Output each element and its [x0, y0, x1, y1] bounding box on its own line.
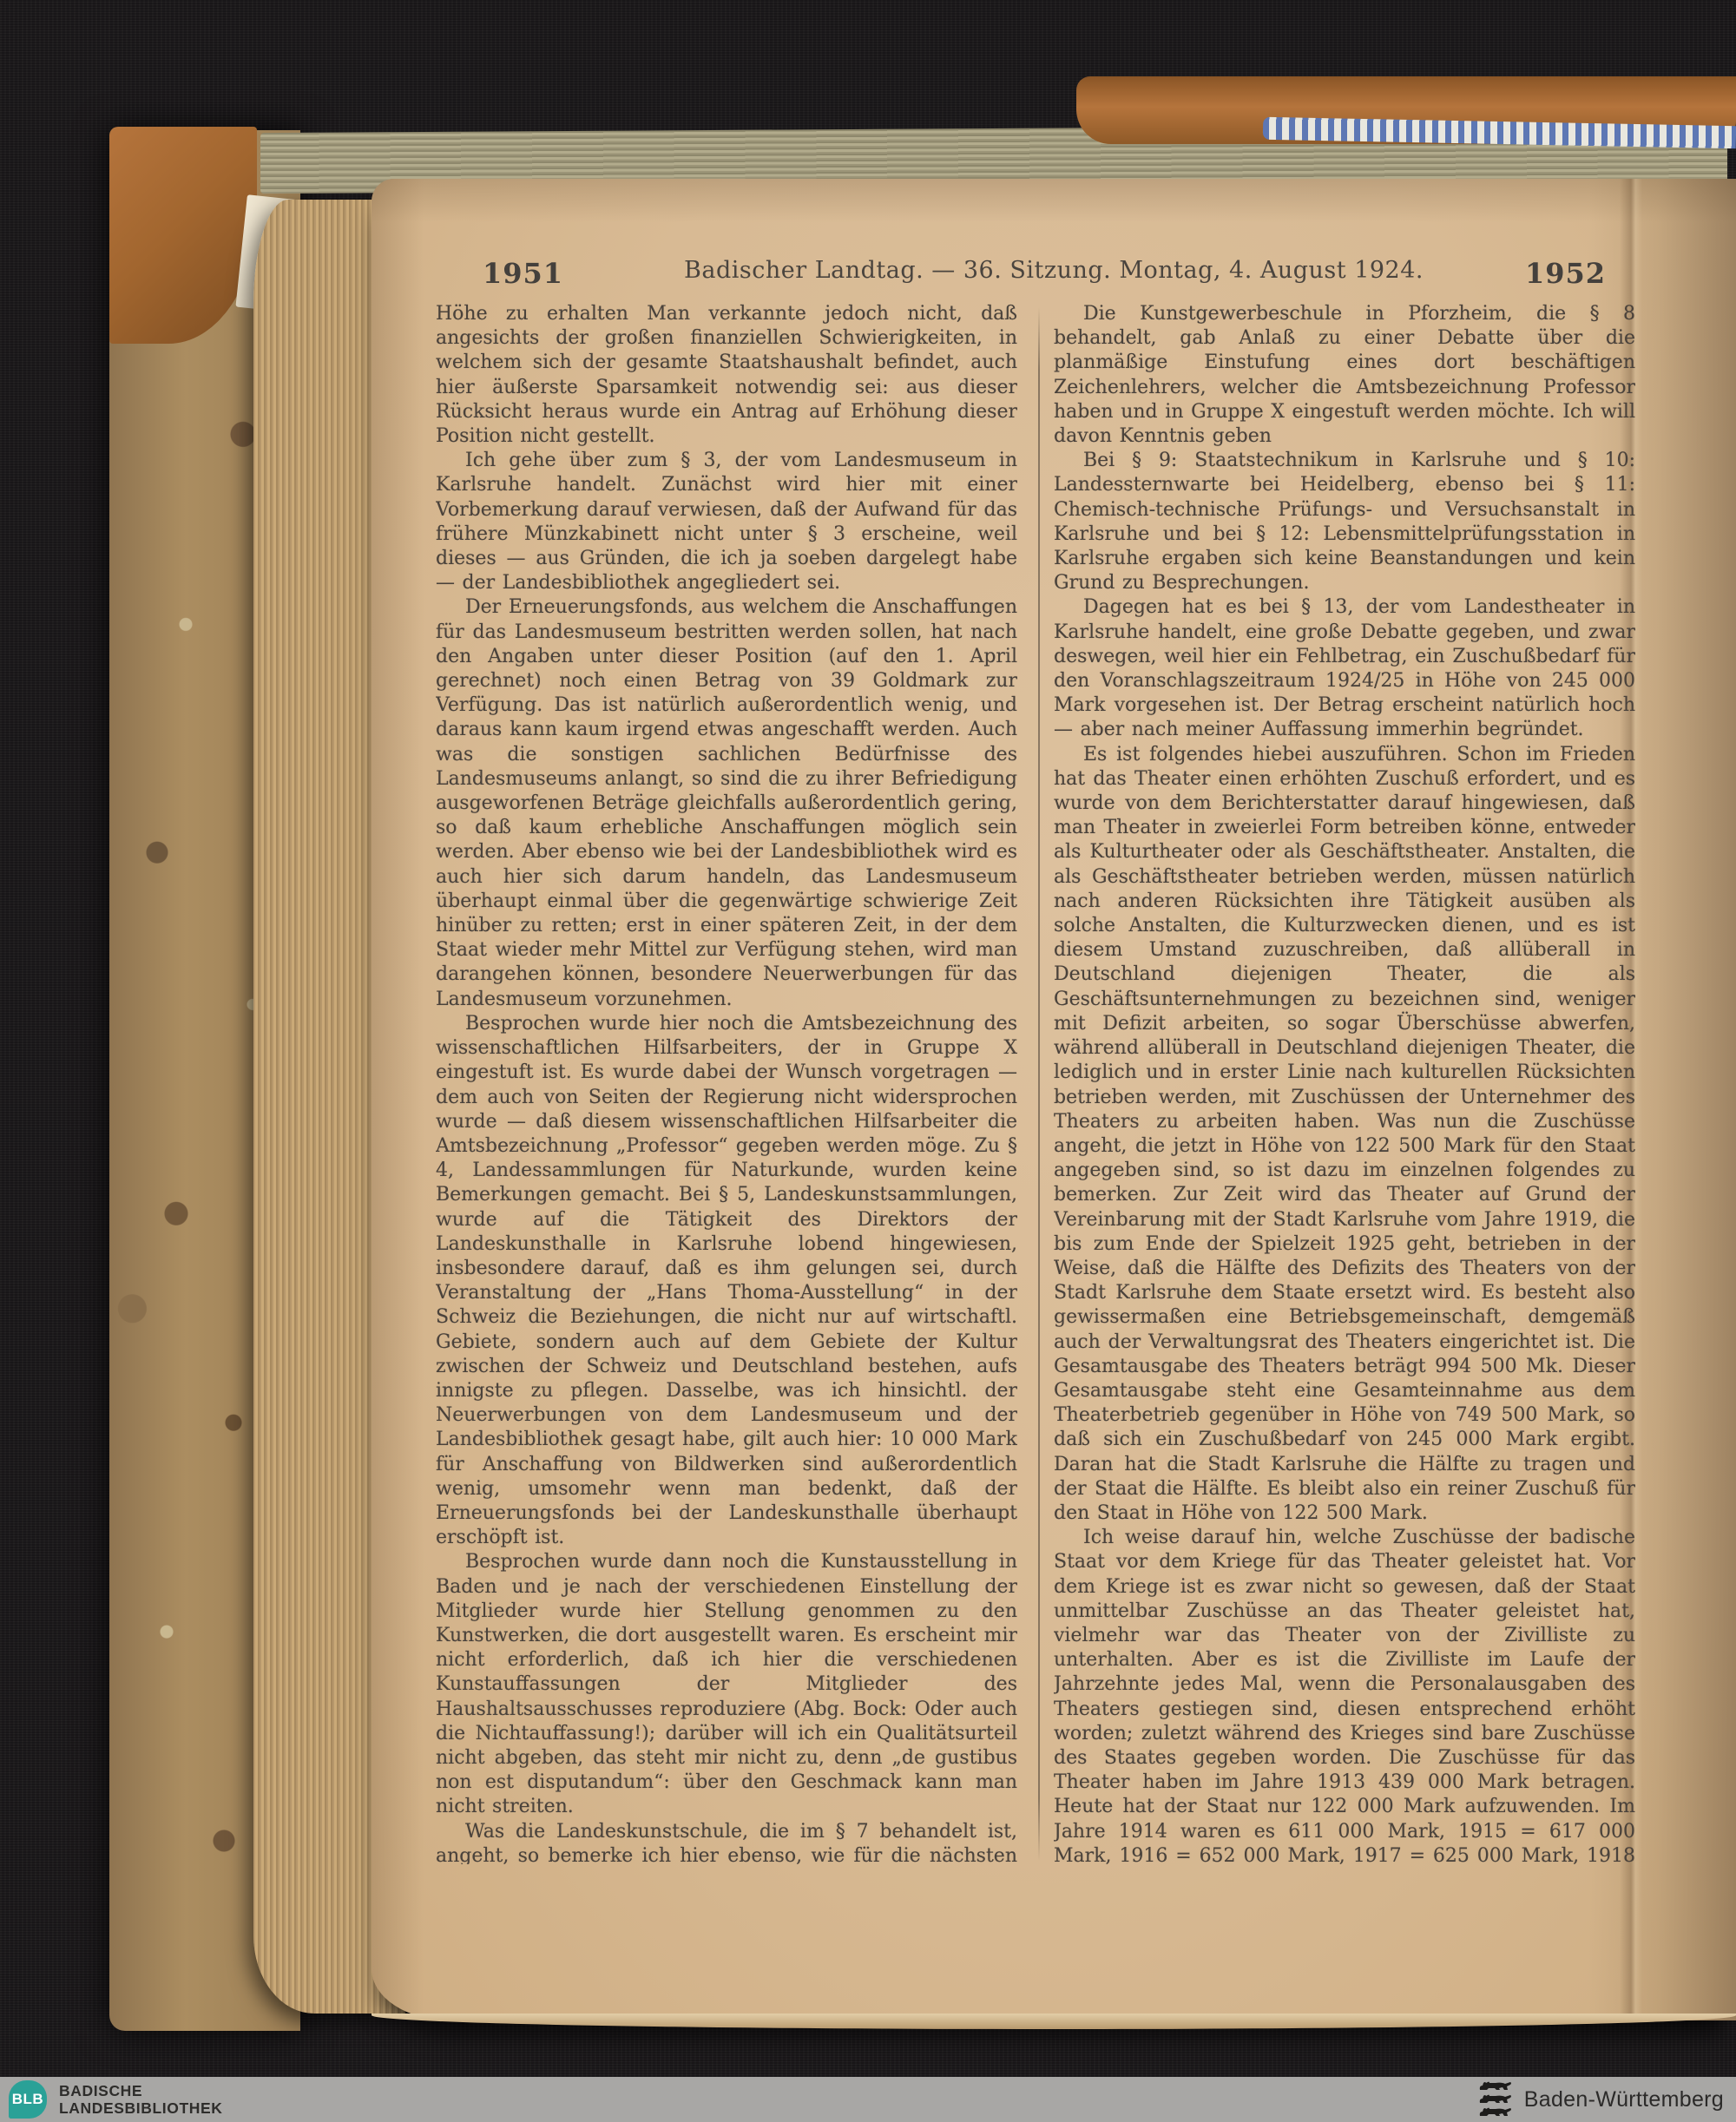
paragraph: Ich gehe über zum § 3, der vom Landesmus…	[436, 449, 1017, 595]
paragraph: Bei § 9: Staatstechnikum in Karlsruhe un…	[1054, 449, 1635, 595]
state-name: Baden-Württemberg	[1524, 2087, 1724, 2112]
scanned-book-photograph: { "page_header": { "left_page_number": "…	[0, 0, 1736, 2122]
column-left: Höhe zu erhalten Man verkannte jedoch ni…	[436, 302, 1017, 1864]
paragraph: Ich weise darauf hin, welche Zuschüsse d…	[1054, 1526, 1635, 1864]
paragraph: Der Erneuerungsfonds, aus welchem die An…	[436, 595, 1017, 1011]
column-divider-rule	[1038, 307, 1040, 1861]
open-book-page: 1951 Badischer Landtag. — 36. Sitzung. M…	[372, 179, 1736, 2020]
paragraph: Die Kunstgewerbeschule in Pforzheim, die…	[1054, 302, 1635, 449]
paragraph: Was die Landeskunstschule, die im § 7 be…	[436, 1820, 1017, 1864]
paragraph: Höhe zu erhalten Man verkannte jedoch ni…	[436, 302, 1017, 449]
library-footer-bar: BLB BADISCHE LANDESBIBLIOTHEK Baden-Würt…	[0, 2077, 1736, 2122]
paragraph: Es ist folgendes hiebei auszuführen. Sch…	[1054, 743, 1635, 1527]
printed-page-content: 1951 Badischer Landtag. — 36. Sitzung. M…	[372, 179, 1736, 2020]
library-name-line1: BADISCHE	[59, 2082, 223, 2099]
column-right: Die Kunstgewerbeschule in Pforzheim, die…	[1054, 302, 1635, 1864]
page-header: 1951 Badischer Landtag. — 36. Sitzung. M…	[372, 257, 1736, 295]
paragraph: Dagegen hat es bei § 13, der vom Landest…	[1054, 595, 1635, 742]
library-name-line2: LANDESBIBLIOTHEK	[59, 2099, 223, 2117]
page-number-right: 1952	[1525, 257, 1606, 290]
paragraph: Besprochen wurde dann noch die Kunstauss…	[436, 1550, 1017, 1819]
blb-logo-text: BLB	[12, 2091, 43, 2108]
baden-wuerttemberg-lions-icon	[1477, 2080, 1514, 2119]
blb-logo-icon: BLB	[9, 2080, 47, 2119]
library-name: BADISCHE LANDESBIBLIOTHEK	[59, 2082, 223, 2117]
paragraph: Besprochen wurde hier noch die Amtsbezei…	[436, 1012, 1017, 1550]
